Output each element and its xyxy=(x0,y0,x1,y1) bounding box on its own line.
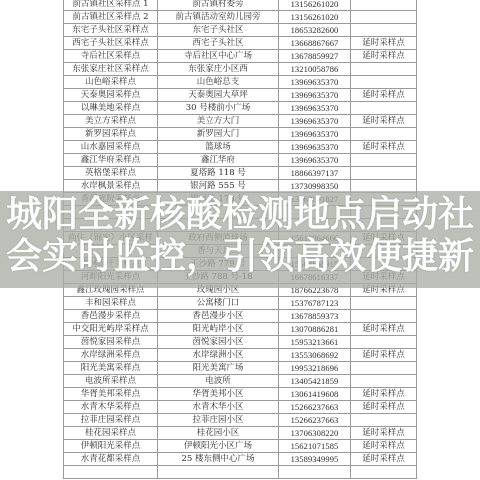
phone-cell xyxy=(279,466,351,479)
site-name-cell: 东张家庄社区采样点 xyxy=(64,63,158,76)
table-row: 水青木华采样点水青木华小区15266237663延时采样点 xyxy=(64,401,417,414)
phone-cell: 13969635370 xyxy=(279,141,351,154)
site-name-cell: 东宅子头社区采样点 xyxy=(64,24,158,37)
table-row: 水岸绿洲采样点水岸绿洲小区13553068692延时采样点 xyxy=(64,349,417,362)
headline-line-1: 城阳全新核酸检测地点启动社 xyxy=(0,194,480,236)
headline-overlay: 城阳全新核酸检测地点启动社 会实时监控，引领高效便捷新 xyxy=(0,194,480,278)
note-cell: 延时采样点 xyxy=(351,323,417,336)
site-name-cell: 香邑漫步采样点 xyxy=(64,310,158,323)
note-cell xyxy=(351,297,417,310)
note-cell xyxy=(351,375,417,388)
table-row: 山水嘉园采样点篮球场13969635370延时采样点 xyxy=(64,141,417,154)
site-address-cell: 香邑漫步小区 xyxy=(158,310,279,323)
site-address-cell: 山色峪总支 xyxy=(158,76,279,89)
note-cell xyxy=(351,0,417,11)
phone-cell: 13156261020 xyxy=(279,0,351,11)
phone-cell: 13969635370 xyxy=(279,128,351,141)
site-name-cell: 新罗园采样点 xyxy=(64,128,158,141)
table-row: 西宅子头社区采样点西宅子头社区13668867667延时采样点 xyxy=(64,37,417,50)
site-address-cell: 30 号楼前小广场 xyxy=(158,102,279,115)
headline-line-2: 会实时监控，引领高效便捷新 xyxy=(0,236,480,278)
phone-cell: 13070886281 xyxy=(279,323,351,336)
site-address-cell: 夏塔路 118 号 xyxy=(158,167,279,180)
table-row: 新罗园采样点新罗园大门13969635370 xyxy=(64,128,417,141)
site-name-cell: 山色峪采样点 xyxy=(64,76,158,89)
site-address-cell: 华胥美邦小区 xyxy=(158,388,279,401)
note-cell: 延时采样点 xyxy=(351,37,417,50)
phone-cell: 15376787123 xyxy=(279,297,351,310)
site-name-cell: 寺后社区采样点 xyxy=(64,50,158,63)
table-row: 英格堡采样点夏塔路 118 号18866397137 xyxy=(64,167,417,180)
note-cell xyxy=(351,310,417,323)
phone-cell: 18653282600 xyxy=(279,24,351,37)
site-name-cell: 阳光美寓采样点 xyxy=(64,362,158,375)
phone-cell: 15621071585 xyxy=(279,440,351,453)
site-address-cell: 公寓楼门口 xyxy=(158,297,279,310)
site-name-cell: 前古镇社区采样点 2 xyxy=(64,11,158,24)
site-name-cell: 水青木华采样点 xyxy=(64,401,158,414)
note-cell: 延时采样点 xyxy=(351,453,417,466)
site-address-cell: 东张家庄小区西 xyxy=(158,63,279,76)
site-address-cell: 篮球场 xyxy=(158,141,279,154)
site-name-cell: 拉菲庄园采样点 xyxy=(64,414,158,427)
table-row: 鑫江华府采样点鑫江华府13969635370 xyxy=(64,154,417,167)
site-name-cell: 中交阳光屿岸采样点 xyxy=(64,323,158,336)
note-cell: 延时采样点 xyxy=(351,115,417,128)
site-name-cell: 伊顿阳光采样点 xyxy=(64,440,158,453)
note-cell xyxy=(351,414,417,427)
site-name-cell: 茵悦家园采样点 xyxy=(64,336,158,349)
note-cell xyxy=(351,63,417,76)
phone-cell: 18866397137 xyxy=(279,167,351,180)
note-cell xyxy=(351,336,417,349)
site-address-cell: 美立方大门 xyxy=(158,115,279,128)
phone-cell: 13589349995 xyxy=(279,453,351,466)
table-row: 中交阳光屿岸采样点阳光屿岸小区13070886281延时采样点 xyxy=(64,323,417,336)
phone-cell: 19953218696 xyxy=(279,362,351,375)
phone-cell: 13969635370 xyxy=(279,115,351,128)
table-row: 阳光美寓采样点阳光美寓广场19953218696 xyxy=(64,362,417,375)
site-name-cell: 西宅子头社区采样点 xyxy=(64,37,158,50)
table-row: 东宅子头社区采样点东宅子头社区18653282600 xyxy=(64,24,417,37)
table-row: 拉菲庄园采样点拉菲庄园小区15266237663 xyxy=(64,414,417,427)
site-address-cell: 25 楼东侧中心广场 xyxy=(158,453,279,466)
note-cell: 延时采样点 xyxy=(351,401,417,414)
site-name-cell: 英格堡采样点 xyxy=(64,167,158,180)
note-cell xyxy=(351,128,417,141)
site-name-cell: 天泰奥园采样点 xyxy=(64,89,158,102)
site-address-cell: 拉菲庄园小区 xyxy=(158,414,279,427)
site-name-cell: 水青花都采样点 xyxy=(64,453,158,466)
phone-cell: 13061419608 xyxy=(279,388,351,401)
phone-cell: 13969635370 xyxy=(279,89,351,102)
table-row: 伊顿阳光采样点伊顿阳光小区广场15621071585延时采样点 xyxy=(64,440,417,453)
site-address-cell: 电波所 xyxy=(158,375,279,388)
note-cell: 延时采样点 xyxy=(351,50,417,63)
table-row: 桂花园采样点桂花园小区13706308220延时采样点 xyxy=(64,427,417,440)
site-name-cell: 前古镇社区采样点 1 xyxy=(64,0,158,11)
phone-cell: 15953213661 xyxy=(279,336,351,349)
table-row xyxy=(64,466,417,479)
table-row: 茵悦家园采样点茵悦家园小区15953213661 xyxy=(64,336,417,349)
site-address-cell: 阳光屿岸小区 xyxy=(158,323,279,336)
note-cell: 延时采样点 xyxy=(351,388,417,401)
note-cell xyxy=(351,24,417,37)
table-row: 电波所采样点电波所13405421859 xyxy=(64,375,417,388)
note-cell: 延时采样点 xyxy=(351,349,417,362)
table-row: 华胥美邦采样点华胥美邦小区13061419608延时采样点 xyxy=(64,388,417,401)
table-row: 丰和园采样点公寓楼门口15376787123 xyxy=(64,297,417,310)
table-row: 美立方采样点美立方大门13969635370延时采样点 xyxy=(64,115,417,128)
note-cell xyxy=(351,466,417,479)
note-cell: 延时采样点 xyxy=(351,89,417,102)
site-name-cell: 桂花园采样点 xyxy=(64,427,158,440)
phone-cell: 13553068692 xyxy=(279,349,351,362)
phone-cell: 13706308220 xyxy=(279,427,351,440)
table-row: 水青花都采样点25 楼东侧中心广场13589349995延时采样点 xyxy=(64,453,417,466)
site-address-cell: 伊顿阳光小区广场 xyxy=(158,440,279,453)
site-address-cell: 水岸绿洲小区 xyxy=(158,349,279,362)
site-address-cell: 鑫江华府 xyxy=(158,154,279,167)
phone-cell: 13210058786 xyxy=(279,63,351,76)
site-address-cell: 新罗园大门 xyxy=(158,128,279,141)
table-row: 前古镇社区采样点 1前古镇村委旁13156261020 xyxy=(64,0,417,11)
note-cell xyxy=(351,154,417,167)
phone-cell: 13678859927 xyxy=(279,50,351,63)
table-row: 山色峪采样点山色峪总支13969635370 xyxy=(64,76,417,89)
table-row: 香邑漫步采样点香邑漫步小区13678859373 xyxy=(64,310,417,323)
site-name-cell: 华胥美邦采样点 xyxy=(64,388,158,401)
site-address-cell: 茵悦家园小区 xyxy=(158,336,279,349)
note-cell: 延时采样点 xyxy=(351,141,417,154)
phone-cell: 15266237663 xyxy=(279,414,351,427)
table-row: 以琳美地采样点30 号楼前小广场13969635370 xyxy=(64,102,417,115)
site-name-cell: 丰和园采样点 xyxy=(64,297,158,310)
table-row: 东张家庄社区采样点东张家庄小区西13210058786 xyxy=(64,63,417,76)
note-cell xyxy=(351,76,417,89)
note-cell xyxy=(351,11,417,24)
site-address-cell: 前古镇村委旁 xyxy=(158,0,279,11)
site-address-cell: 前古镇活动室幼儿园旁 xyxy=(158,11,279,24)
phone-cell: 13969635370 xyxy=(279,154,351,167)
note-cell xyxy=(351,102,417,115)
site-name-cell: 鑫江华府采样点 xyxy=(64,154,158,167)
site-name-cell: 以琳美地采样点 xyxy=(64,102,158,115)
site-name-cell: 美立方采样点 xyxy=(64,115,158,128)
site-name-cell: 水岸绿洲采样点 xyxy=(64,349,158,362)
site-address-cell: 寺后社区中心广场 xyxy=(158,50,279,63)
phone-cell: 15266237663 xyxy=(279,401,351,414)
phone-cell: 13969635370 xyxy=(279,76,351,89)
phone-cell: 13405421859 xyxy=(279,375,351,388)
table-row: 寺后社区采样点寺后社区中心广场13678859927延时采样点 xyxy=(64,50,417,63)
site-name-cell: 电波所采样点 xyxy=(64,375,158,388)
site-address-cell: 东宅子头社区 xyxy=(158,24,279,37)
phone-cell: 13678859373 xyxy=(279,310,351,323)
phone-cell: 13156261020 xyxy=(279,11,351,24)
phone-cell: 13668867667 xyxy=(279,37,351,50)
note-cell xyxy=(351,362,417,375)
site-name-cell: 山水嘉园采样点 xyxy=(64,141,158,154)
site-address-cell xyxy=(158,466,279,479)
table-row: 天泰奥园采样点天泰奥园大草坪13969635370延时采样点 xyxy=(64,89,417,102)
site-name-cell xyxy=(64,466,158,479)
site-address-cell: 阳光美寓广场 xyxy=(158,362,279,375)
note-cell xyxy=(351,167,417,180)
phone-cell: 13969635370 xyxy=(279,102,351,115)
site-address-cell: 天泰奥园大草坪 xyxy=(158,89,279,102)
site-address-cell: 桂花园小区 xyxy=(158,427,279,440)
site-address-cell: 水青木华小区 xyxy=(158,401,279,414)
site-address-cell: 西宅子头社区 xyxy=(158,37,279,50)
note-cell: 延时采样点 xyxy=(351,427,417,440)
note-cell: 延时采样点 xyxy=(351,440,417,453)
table-row: 前古镇社区采样点 2前古镇活动室幼儿园旁13156261020 xyxy=(64,11,417,24)
